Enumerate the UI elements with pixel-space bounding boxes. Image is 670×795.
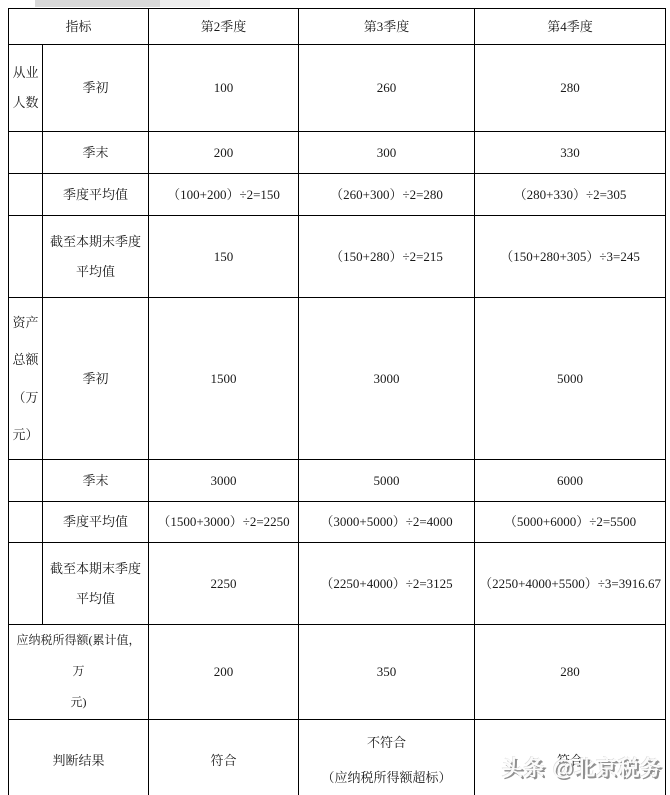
indicator-label: 季度平均值 <box>43 174 149 216</box>
quarterly-tax-criteria-table: 指标 第2季度 第3季度 第4季度 从业 人数 季初 100 260 280 季… <box>8 8 666 795</box>
table-row: 季度平均值 （100+200）÷2=150 （260+300）÷2=280 （2… <box>9 174 666 216</box>
value-cell: 200 <box>149 625 299 720</box>
indicator-label: 季初 <box>43 298 149 460</box>
value-cell: 150 <box>149 216 299 298</box>
formula-cell: （5000+6000）÷2=5500 <box>475 502 666 543</box>
group-label-total-assets: 资产 总额 （万 元） <box>9 298 43 460</box>
value-cell: 260 <box>299 45 475 132</box>
value-cell: 5000 <box>299 460 475 502</box>
formula-cell: （2250+4000+5500）÷3=3916.67 <box>475 543 666 625</box>
group-label-empty <box>9 132 43 174</box>
group-label-employees: 从业 人数 <box>9 45 43 132</box>
indicator-label-taxable-income: 应纳税所得额(累计值，万 元) <box>9 625 149 720</box>
group-label-empty <box>9 216 43 298</box>
formula-cell: （3000+5000）÷2=4000 <box>299 502 475 543</box>
table-row: 从业 人数 季初 100 260 280 <box>9 45 666 132</box>
header-quarter-3: 第3季度 <box>299 9 475 45</box>
indicator-label: 截至本期末季度 平均值 <box>43 216 149 298</box>
table-row: 季末 200 300 330 <box>9 132 666 174</box>
table-row: 季度平均值 （1500+3000）÷2=2250 （3000+5000）÷2=4… <box>9 502 666 543</box>
value-cell: 5000 <box>475 298 666 460</box>
formula-cell: （150+280+305）÷3=245 <box>475 216 666 298</box>
value-cell: 3000 <box>299 298 475 460</box>
judgement-cell-q3: 不符合 （应纳税所得额超标） <box>299 719 475 795</box>
header-quarter-4: 第4季度 <box>475 9 666 45</box>
table-row: 截至本期末季度 平均值 150 （150+280）÷2=215 （150+280… <box>9 216 666 298</box>
value-cell: 200 <box>149 132 299 174</box>
formula-cell: （1500+3000）÷2=2250 <box>149 502 299 543</box>
value-cell: 6000 <box>475 460 666 502</box>
value-cell: 300 <box>299 132 475 174</box>
value-cell: 330 <box>475 132 666 174</box>
taxable-income-row: 应纳税所得额(累计值，万 元) 200 350 280 <box>9 625 666 720</box>
value-cell: 350 <box>299 625 475 720</box>
formula-cell: （100+200）÷2=150 <box>149 174 299 216</box>
header-indicator: 指标 <box>9 9 149 45</box>
table-row: 季末 3000 5000 6000 <box>9 460 666 502</box>
value-cell: 3000 <box>149 460 299 502</box>
group-label-empty <box>9 502 43 543</box>
group-label-empty <box>9 460 43 502</box>
formula-cell: （260+300）÷2=280 <box>299 174 475 216</box>
indicator-label: 季末 <box>43 460 149 502</box>
screenshot-edge-artifact <box>35 0 160 7</box>
value-cell: 100 <box>149 45 299 132</box>
group-label-empty <box>9 543 43 625</box>
table-row: 资产 总额 （万 元） 季初 1500 3000 5000 <box>9 298 666 460</box>
formula-cell: （150+280）÷2=215 <box>299 216 475 298</box>
value-cell: 280 <box>475 625 666 720</box>
judgement-cell-q2: 符合 <box>149 719 299 795</box>
indicator-label: 季初 <box>43 45 149 132</box>
table-header-row: 指标 第2季度 第3季度 第4季度 <box>9 9 666 45</box>
toutiao-beijing-tax-watermark: 头条 @北京税务 <box>502 752 662 782</box>
indicator-label: 季度平均值 <box>43 502 149 543</box>
screenshot-edge-artifact <box>160 0 210 7</box>
group-label-empty <box>9 174 43 216</box>
indicator-label: 截至本期末季度 平均值 <box>43 543 149 625</box>
indicator-label: 季末 <box>43 132 149 174</box>
value-cell: 280 <box>475 45 666 132</box>
value-cell: 2250 <box>149 543 299 625</box>
formula-cell: （2250+4000）÷2=3125 <box>299 543 475 625</box>
table-row: 截至本期末季度 平均值 2250 （2250+4000）÷2=3125 （225… <box>9 543 666 625</box>
header-quarter-2: 第2季度 <box>149 9 299 45</box>
value-cell: 1500 <box>149 298 299 460</box>
indicator-label-judgement: 判断结果 <box>9 719 149 795</box>
formula-cell: （280+330）÷2=305 <box>475 174 666 216</box>
